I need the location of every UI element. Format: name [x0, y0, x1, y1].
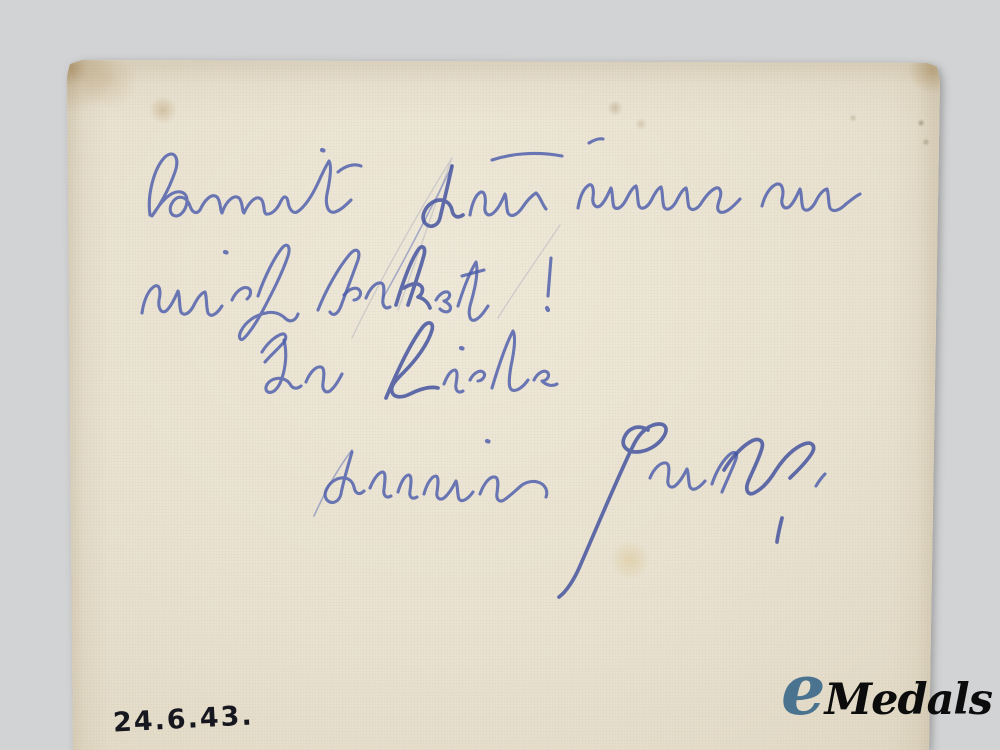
word-ferd: [559, 424, 825, 597]
word-liebe: [386, 323, 557, 398]
photo-viewport: 24.6.43. eMedals Damit du immer an mich …: [0, 0, 1000, 750]
word-du: [352, 153, 562, 338]
emedals-watermark: eMedals: [781, 655, 992, 719]
word-dein: [314, 441, 547, 516]
word-mich: [142, 245, 298, 339]
word-an: [762, 184, 860, 211]
handwriting-ink: [0, 0, 1000, 750]
emedals-logo-e: e: [781, 655, 824, 725]
word-denkst: [318, 225, 560, 320]
exclamation-mark: [547, 258, 551, 310]
word-immer: [578, 139, 740, 213]
word-in: [262, 334, 342, 393]
emedals-logo-text: Medals: [825, 679, 992, 722]
word-damit: [149, 150, 361, 216]
